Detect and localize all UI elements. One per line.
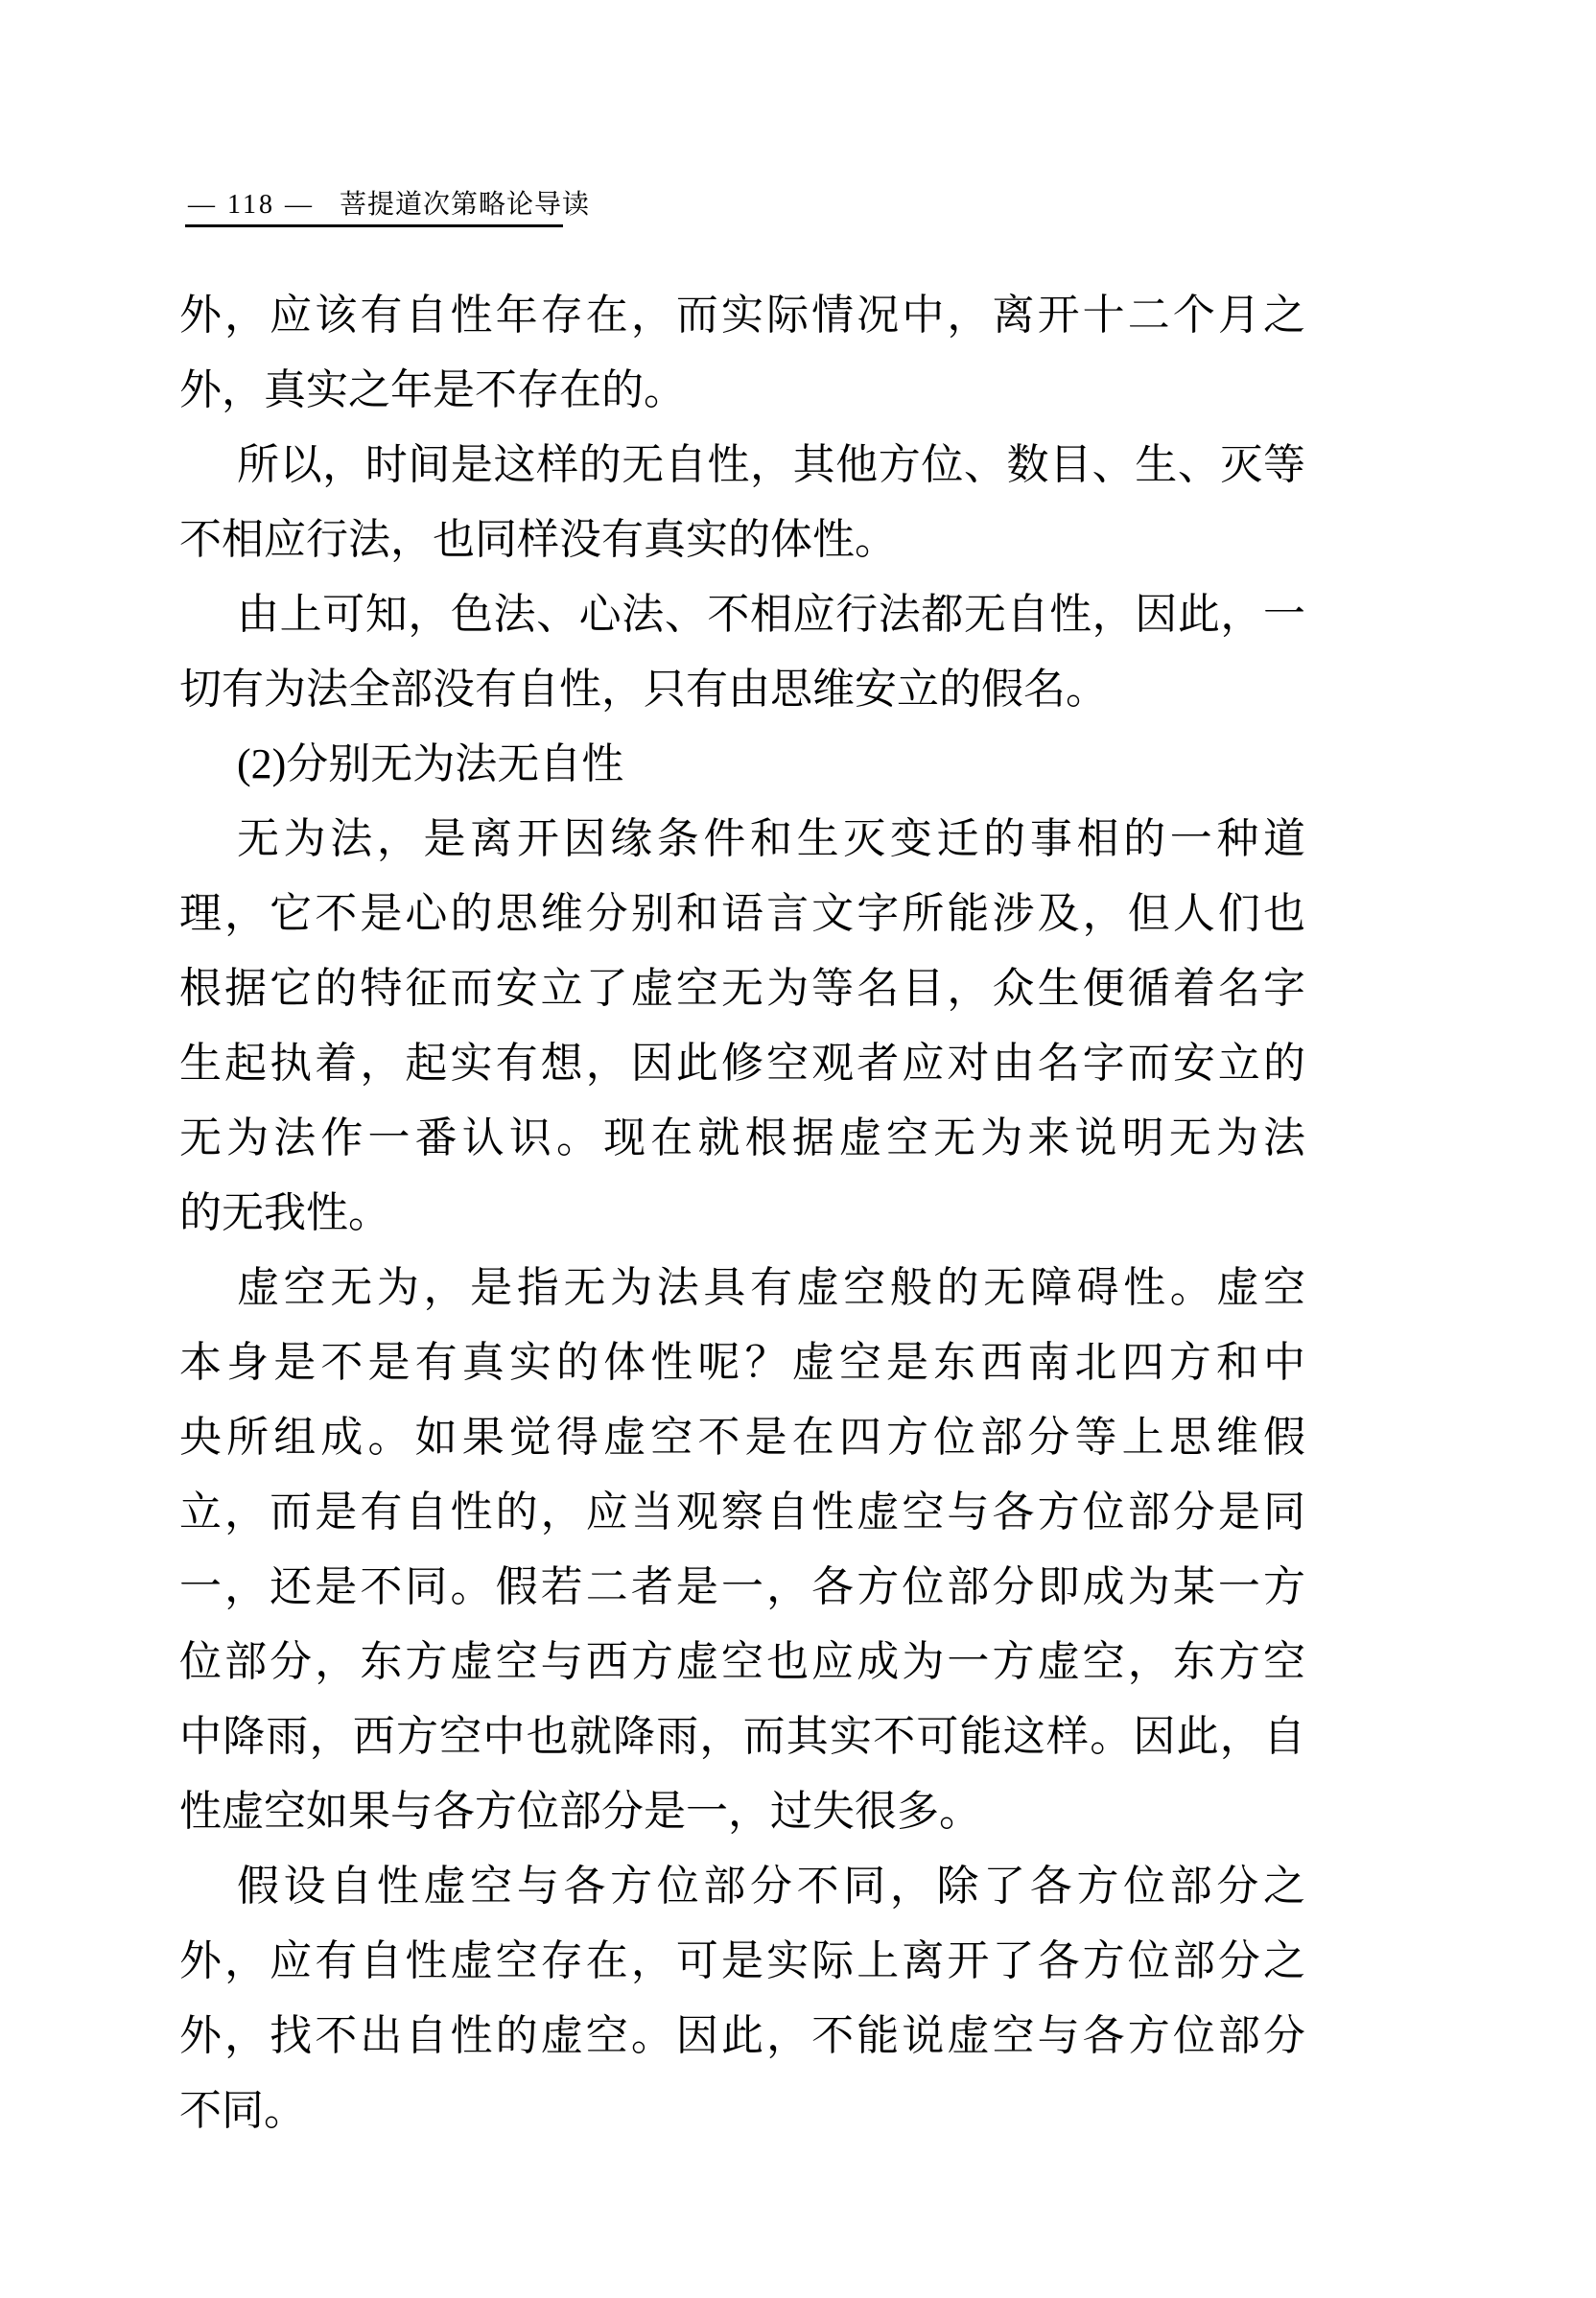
text-line: 不同。 xyxy=(179,2074,1305,2148)
text-line: 无为法作一番认识。现在就根据虚空无为来说明无为法 xyxy=(179,1101,1305,1176)
text-line: 生起执着，起实有想，因此修空观者应对由名字而安立的 xyxy=(179,1026,1305,1101)
text-line: (2)分别无为法无自性 xyxy=(179,727,1305,802)
text-line: 外，应该有自性年存在，而实际情况中，离开十二个月之 xyxy=(179,278,1305,353)
text-line: 无为法，是离开因缘条件和生灭变迁的事相的一种道 xyxy=(179,802,1305,877)
text-line: 外，找不出自性的虚空。因此，不能说虚空与各方位部分 xyxy=(179,1999,1305,2074)
text-line: 理，它不是心的思维分别和语言文字所能涉及，但人们也 xyxy=(179,877,1305,951)
text-line: 性虚空如果与各方位部分是一，过失很多。 xyxy=(179,1774,1305,1849)
text-line: 虚空无为，是指无为法具有虚空般的无障碍性。虚空 xyxy=(179,1251,1305,1325)
text-line: 立，而是有自性的，应当观察自性虚空与各方位部分是同 xyxy=(179,1475,1305,1550)
text-line: 根据它的特征而安立了虚空无为等名目，众生便循着名字 xyxy=(179,951,1305,1026)
text-line: 外，应有自性虚空存在，可是实际上离开了各方位部分之 xyxy=(179,1924,1305,1999)
text-line: 假设自性虚空与各方位部分不同，除了各方位部分之 xyxy=(179,1849,1305,1924)
text-line: 央所组成。如果觉得虚空不是在四方位部分等上思维假 xyxy=(179,1400,1305,1475)
text-line: 外，真实之年是不存在的。 xyxy=(179,353,1305,428)
text-line: 不相应行法，也同样没有真实的体性。 xyxy=(179,503,1305,577)
text-line: 一，还是不同。假若二者是一，各方位部分即成为某一方 xyxy=(179,1550,1305,1625)
page-header: — 118 —菩提道次第略论导读 xyxy=(188,188,590,223)
text-line: 中降雨，西方空中也就降雨，而其实不可能这样。因此，自 xyxy=(179,1700,1305,1774)
running-title: 菩提道次第略论导读 xyxy=(340,190,590,220)
book-page: — 118 —菩提道次第略论导读 外，应该有自性年存在，而实际情况中，离开十二个… xyxy=(0,0,1596,2298)
body-text: 外，应该有自性年存在，而实际情况中，离开十二个月之外，真实之年是不存在的。所以，… xyxy=(179,278,1305,2148)
header-rule xyxy=(185,224,563,227)
text-line: 由上可知，色法、心法、不相应行法都无自性，因此，一 xyxy=(179,577,1305,652)
text-line: 位部分，东方虚空与西方虚空也应成为一方虚空，东方空 xyxy=(179,1625,1305,1700)
text-line: 的无我性。 xyxy=(179,1176,1305,1251)
text-line: 切有为法全部没有自性，只有由思维安立的假名。 xyxy=(179,652,1305,727)
page-number: — 118 — xyxy=(188,190,315,220)
text-line: 所以，时间是这样的无自性，其他方位、数目、生、灭等 xyxy=(179,428,1305,503)
text-line: 本身是不是有真实的体性呢？虚空是东西南北四方和中 xyxy=(179,1325,1305,1400)
